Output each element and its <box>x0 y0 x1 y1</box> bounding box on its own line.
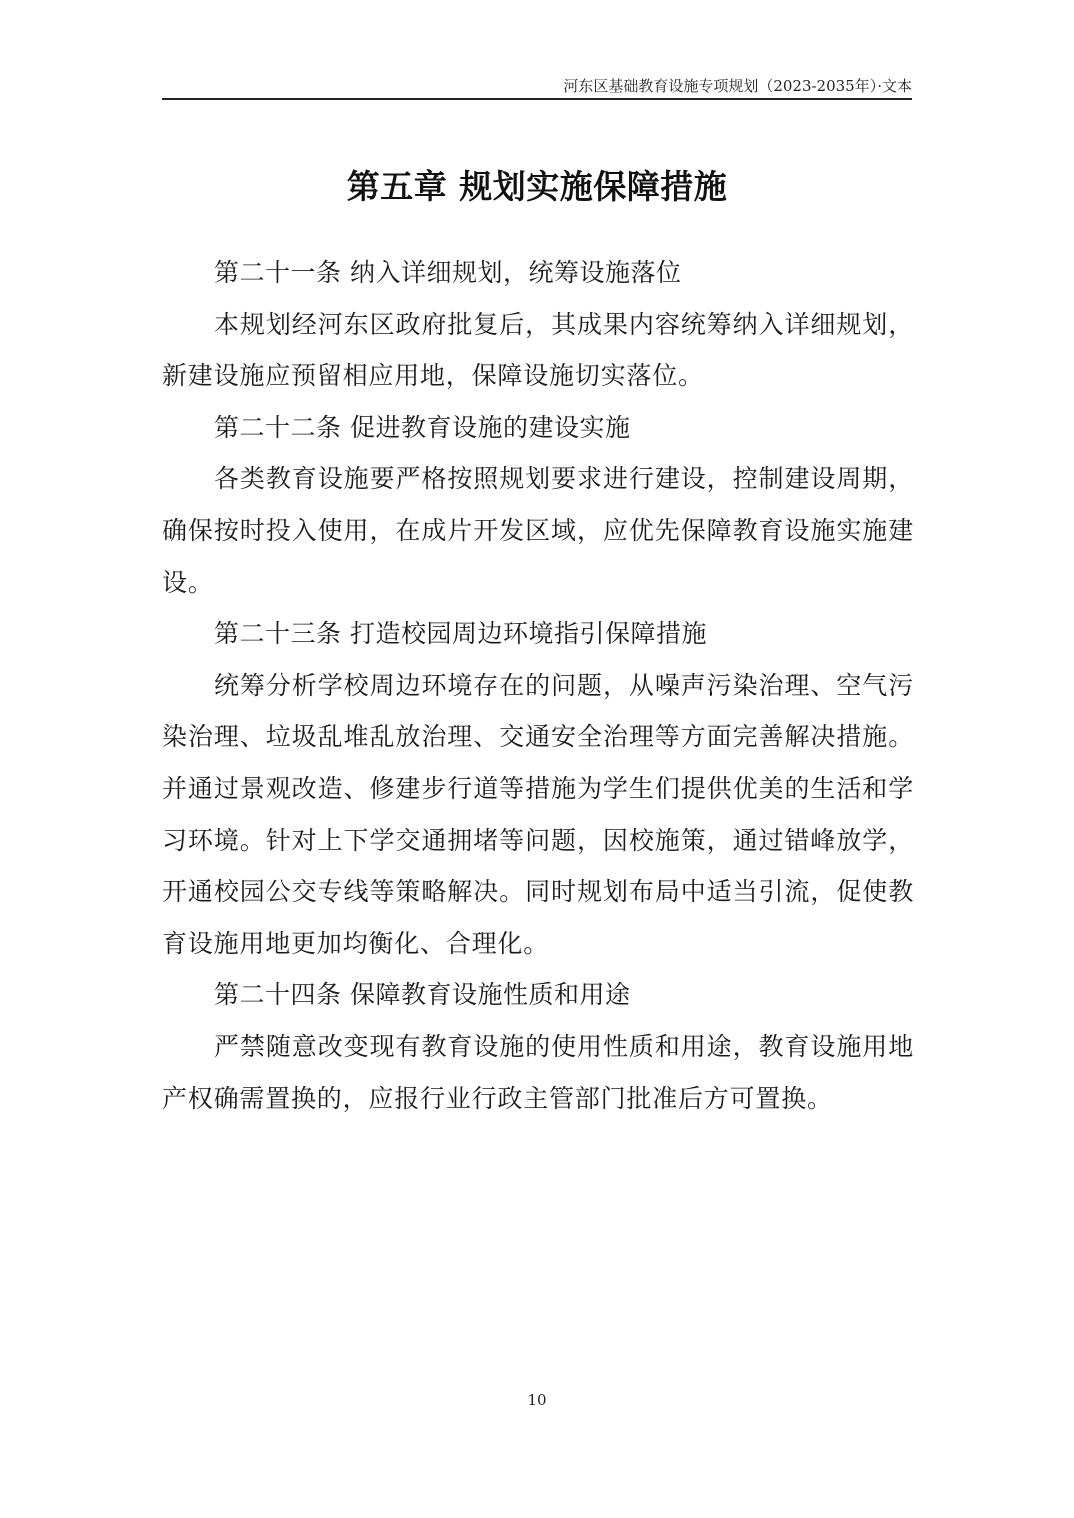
running-header: 河东区基础教育设施专项规划（2023-2035年）·文本 <box>162 76 912 96</box>
article-24-heading: 第二十四条 保障教育设施性质和用途 <box>162 969 914 1021</box>
page-number: 10 <box>162 1390 912 1410</box>
chapter-body: 第二十一条 纳入详细规划，统筹设施落位 本规划经河东区政府批复后，其成果内容统筹… <box>162 247 914 1124</box>
document-page: 河东区基础教育设施专项规划（2023-2035年）·文本 第五章 规划实施保障措… <box>0 0 1074 1518</box>
article-23-heading: 第二十三条 打造校园周边环境指引保障措施 <box>162 608 914 660</box>
chapter-title: 第五章 规划实施保障措施 <box>162 164 912 210</box>
article-22-heading: 第二十二条 促进教育设施的建设实施 <box>162 402 914 454</box>
article-21-heading: 第二十一条 纳入详细规划，统筹设施落位 <box>162 247 914 299</box>
article-21-body: 本规划经河东区政府批复后，其成果内容统筹纳入详细规划，新建设施应预留相应用地，保… <box>162 299 914 402</box>
header-divider <box>162 98 912 100</box>
article-24-body: 严禁随意改变现有教育设施的使用性质和用途，教育设施用地产权确需置换的，应报行业行… <box>162 1021 914 1124</box>
article-23-body: 统筹分析学校周边环境存在的问题，从噪声污染治理、空气污染治理、垃圾乱堆乱放治理、… <box>162 660 914 970</box>
article-22-body: 各类教育设施要严格按照规划要求进行建设，控制建设周期，确保按时投入使用，在成片开… <box>162 453 914 608</box>
